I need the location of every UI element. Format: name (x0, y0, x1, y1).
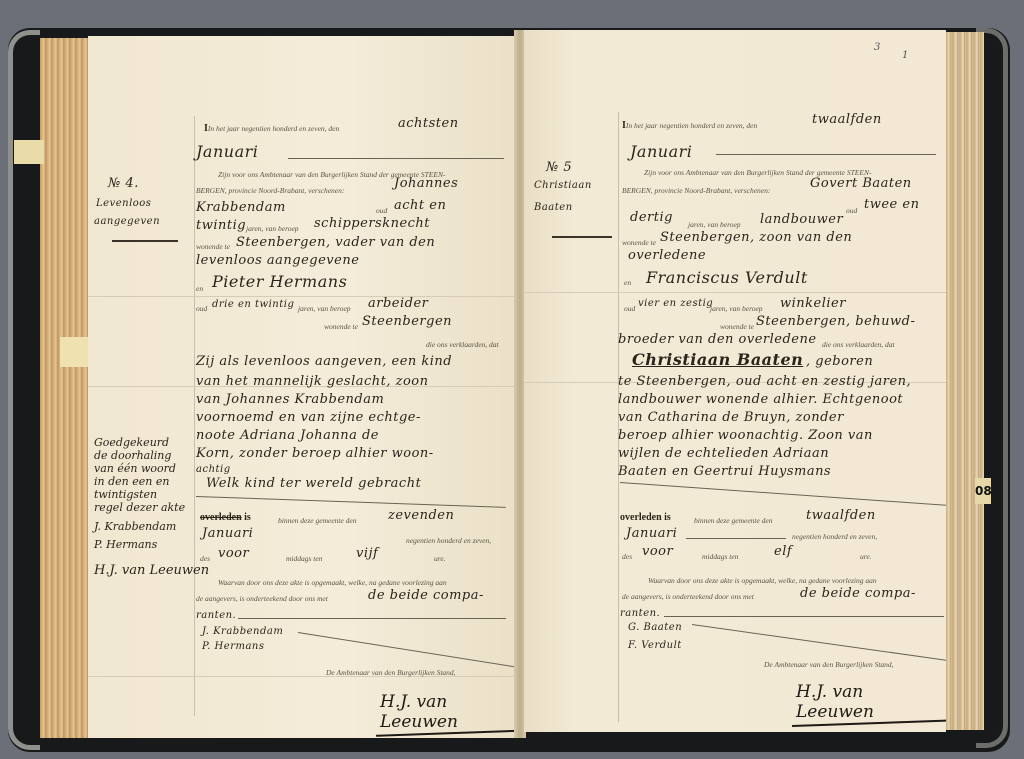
statement-line: Zij als levenloos aangeven, een kind (196, 354, 452, 369)
declarant1-residence: Steenbergen, vader van den (236, 235, 435, 250)
margin-title-1: Christiaan (534, 180, 592, 191)
margin-title-rule (552, 236, 612, 238)
declarant1-age2: dertig (630, 210, 673, 225)
print-jaren: jaren, van beroep (246, 224, 299, 233)
day: achtsten (398, 116, 459, 131)
right-page: 3 1 № 5 Christiaan Baaten IIn het jaar n… (524, 30, 946, 732)
margin-signature-1: J. Krabbendam (94, 520, 176, 533)
cancel-line (196, 496, 506, 508)
print-jaren: jaren, van beroep (688, 220, 741, 229)
overleden-struck: overleden is (200, 512, 251, 523)
page-edges-right (944, 32, 984, 730)
print-oud: oud (376, 206, 387, 215)
print-wonende: wonende te (622, 238, 656, 247)
print-line4: BERGEN, provincie Noord-Brabant, versche… (196, 186, 344, 195)
declarant2-occupation: arbeider (368, 296, 428, 311)
fill-line (288, 158, 504, 159)
print-closing2: de aangevers, is onderteekend door ons m… (622, 592, 754, 601)
print-des: des (200, 554, 210, 563)
declarant2-name: Franciscus Verdult (646, 268, 808, 287)
declarant1-age: twee en (864, 197, 919, 212)
declarant1-name: Govert Baaten (810, 176, 912, 191)
fill-line (664, 616, 944, 617)
death-day: zevenden (388, 508, 454, 523)
declarant1-age: acht en (394, 198, 446, 213)
print-ure: ure. (434, 554, 446, 563)
print-binnen: binnen deze gemeente den (278, 516, 357, 525)
print-intro: IIn het jaar negentien honderd en zeven,… (622, 120, 757, 131)
declarant2-age: vier en zestig (638, 298, 713, 309)
margin-signature-3: H.J. van Leeuwen (94, 564, 209, 577)
declarant1-relation: overledene (628, 248, 706, 263)
print-oud2: oud (624, 304, 635, 313)
declarant2-residence: Steenbergen, behuwd- (756, 314, 915, 329)
print-closing2: de aangevers, is onderteekend door ons m… (196, 594, 328, 603)
signed-by: de beide compa- (800, 586, 916, 601)
margin-title-1: Levenloos (96, 198, 151, 209)
margin-title-2: Baaten (534, 202, 573, 213)
margin-title-2: aangegeven (94, 216, 160, 227)
hour: elf (774, 544, 792, 559)
margin-signature-2: P. Hermans (94, 538, 157, 551)
fill-line (716, 154, 936, 155)
official-title: De Ambtenaar van den Burgerlijken Stand, (764, 660, 894, 669)
daypart: voor (218, 546, 249, 561)
print-wonende2: wonende te (720, 322, 754, 331)
bookmark-tab-left (14, 140, 44, 164)
declarant1-residence: Steenbergen, zoon van den (660, 230, 852, 245)
signed-by: de beide compa- (368, 588, 484, 603)
fill-line (238, 618, 506, 619)
statement-line: landbouwer wonende alhier. Echtgenoot (618, 392, 903, 407)
ruled-line (524, 292, 946, 293)
ruled-line (88, 296, 516, 297)
signed-by-2: ranten. (196, 610, 236, 621)
declarant2-age: drie en twintig (212, 299, 294, 310)
print-oud: oud (846, 206, 857, 215)
death-month: Januari (202, 526, 253, 541)
daypart: voor (642, 544, 673, 559)
hour: vijf (356, 546, 378, 561)
official-signature: H.J. van Leeuwen (796, 682, 946, 722)
statement-line: Baaten en Geertrui Huysmans (618, 464, 831, 479)
official-title: De Ambtenaar van den Burgerlijken Stand, (326, 668, 456, 677)
print-wonende2: wonende te (324, 322, 358, 331)
metal-corner-left (8, 30, 40, 750)
margin-rule (194, 116, 195, 716)
declarant2-name: Pieter Hermans (212, 272, 347, 291)
statement-line: beroep alhier woonachtig. Zoon van (618, 428, 873, 443)
left-page: № 4. Levenloos aangegeven IIn het jaar n… (88, 36, 516, 738)
statement-line: achtig (196, 464, 231, 475)
death-month: Januari (626, 526, 677, 541)
declarant1-age2: twintig (196, 218, 246, 233)
month: Januari (196, 142, 258, 161)
print-jaren2: jaren, van beroep (710, 304, 763, 313)
print-en: en (624, 278, 631, 287)
print-binnen: binnen deze gemeente den (694, 516, 773, 525)
statement-line: Korn, zonder beroep alhier woon- (196, 446, 434, 461)
page-edges-left (40, 38, 90, 738)
index-tab: 08 (975, 478, 991, 504)
print-middags: middags ten (702, 552, 738, 561)
fill-line (686, 538, 786, 539)
print-closing1: Waarvan door ons deze akte is opgemaakt,… (218, 578, 447, 587)
deceased-name: Christiaan Baaten (632, 350, 803, 369)
declarant1-first: Johannes (394, 176, 458, 191)
print-year: negentien honderd en zeven, (792, 532, 877, 541)
print-wonende: wonende te (196, 242, 230, 251)
cancel-line (620, 482, 946, 506)
declarant2-residence: Steenbergen (362, 314, 452, 329)
signature-1: G. Baaten (628, 622, 682, 633)
paper-tab-left (60, 337, 90, 367)
print-line4: BERGEN, provincie Noord-Brabant, versche… (622, 186, 770, 195)
signature-2: P. Hermans (202, 641, 265, 652)
official-signature: H.J. van Leeuwen (380, 692, 516, 732)
print-middags: middags ten (286, 554, 322, 563)
print-intro: IIn het jaar negentien honderd en zeven,… (204, 123, 339, 134)
signature-1: J. Krabbendam (202, 626, 283, 637)
record-number: № 4. (108, 176, 139, 191)
print-verklaarden: die ons verklaarden, dat (426, 340, 499, 349)
page-number: 3 (874, 42, 880, 53)
declarant2-occupation: winkelier (780, 296, 846, 311)
cancel-line (298, 632, 515, 667)
month: Januari (630, 142, 692, 161)
signed-by-2: ranten. (620, 608, 660, 619)
declarant2-relation: broeder van den overledene (618, 332, 817, 347)
print-ure: ure. (860, 552, 872, 561)
print-oud2: oud (196, 304, 207, 313)
cancel-line (692, 624, 946, 661)
statement-line: te Steenbergen, oud acht en zestig jaren… (618, 374, 911, 389)
statement-line: , geboren (806, 354, 873, 369)
declarant1-occupation: schippersknecht (314, 216, 430, 231)
declarant1-relation: levenloos aangegevene (196, 253, 359, 268)
margin-title-rule (112, 240, 178, 242)
statement-line: van Catharina de Bruyn, zonder (618, 410, 844, 425)
print-des: des (622, 552, 632, 561)
print-verklaarden: die ons verklaarden, dat (822, 340, 895, 349)
print-closing1: Waarvan door ons deze akte is opgemaakt,… (648, 576, 877, 585)
statement-line: wijlen de echtelieden Adriaan (618, 446, 829, 461)
declarant1-last: Krabbendam (196, 200, 286, 215)
statement-line: voornoemd en van zijne echtge- (196, 410, 421, 425)
print-jaren2: jaren, van beroep (298, 304, 351, 313)
print-year: negentien honderd en zeven, (406, 536, 491, 545)
death-day: twaalfden (806, 508, 876, 523)
declarant1-occupation: landbouwer (760, 212, 843, 227)
statement-line: van Johannes Krabbendam (196, 392, 384, 407)
signature-2: F. Verdult (628, 640, 682, 651)
statement-line: noote Adriana Johanna de (196, 428, 379, 443)
overleden-label: overleden is (620, 512, 671, 523)
insert-line: Welk kind ter wereld gebracht (206, 476, 421, 491)
margin-note: Goedgekeurd de doorhaling van één woord … (94, 436, 185, 514)
day: twaalfden (812, 112, 882, 127)
page-number-2: 1 (902, 50, 908, 61)
print-en: en (196, 284, 203, 293)
record-number: № 5 (546, 160, 572, 175)
statement-line: van het mannelijk geslacht, zoon (196, 374, 429, 389)
